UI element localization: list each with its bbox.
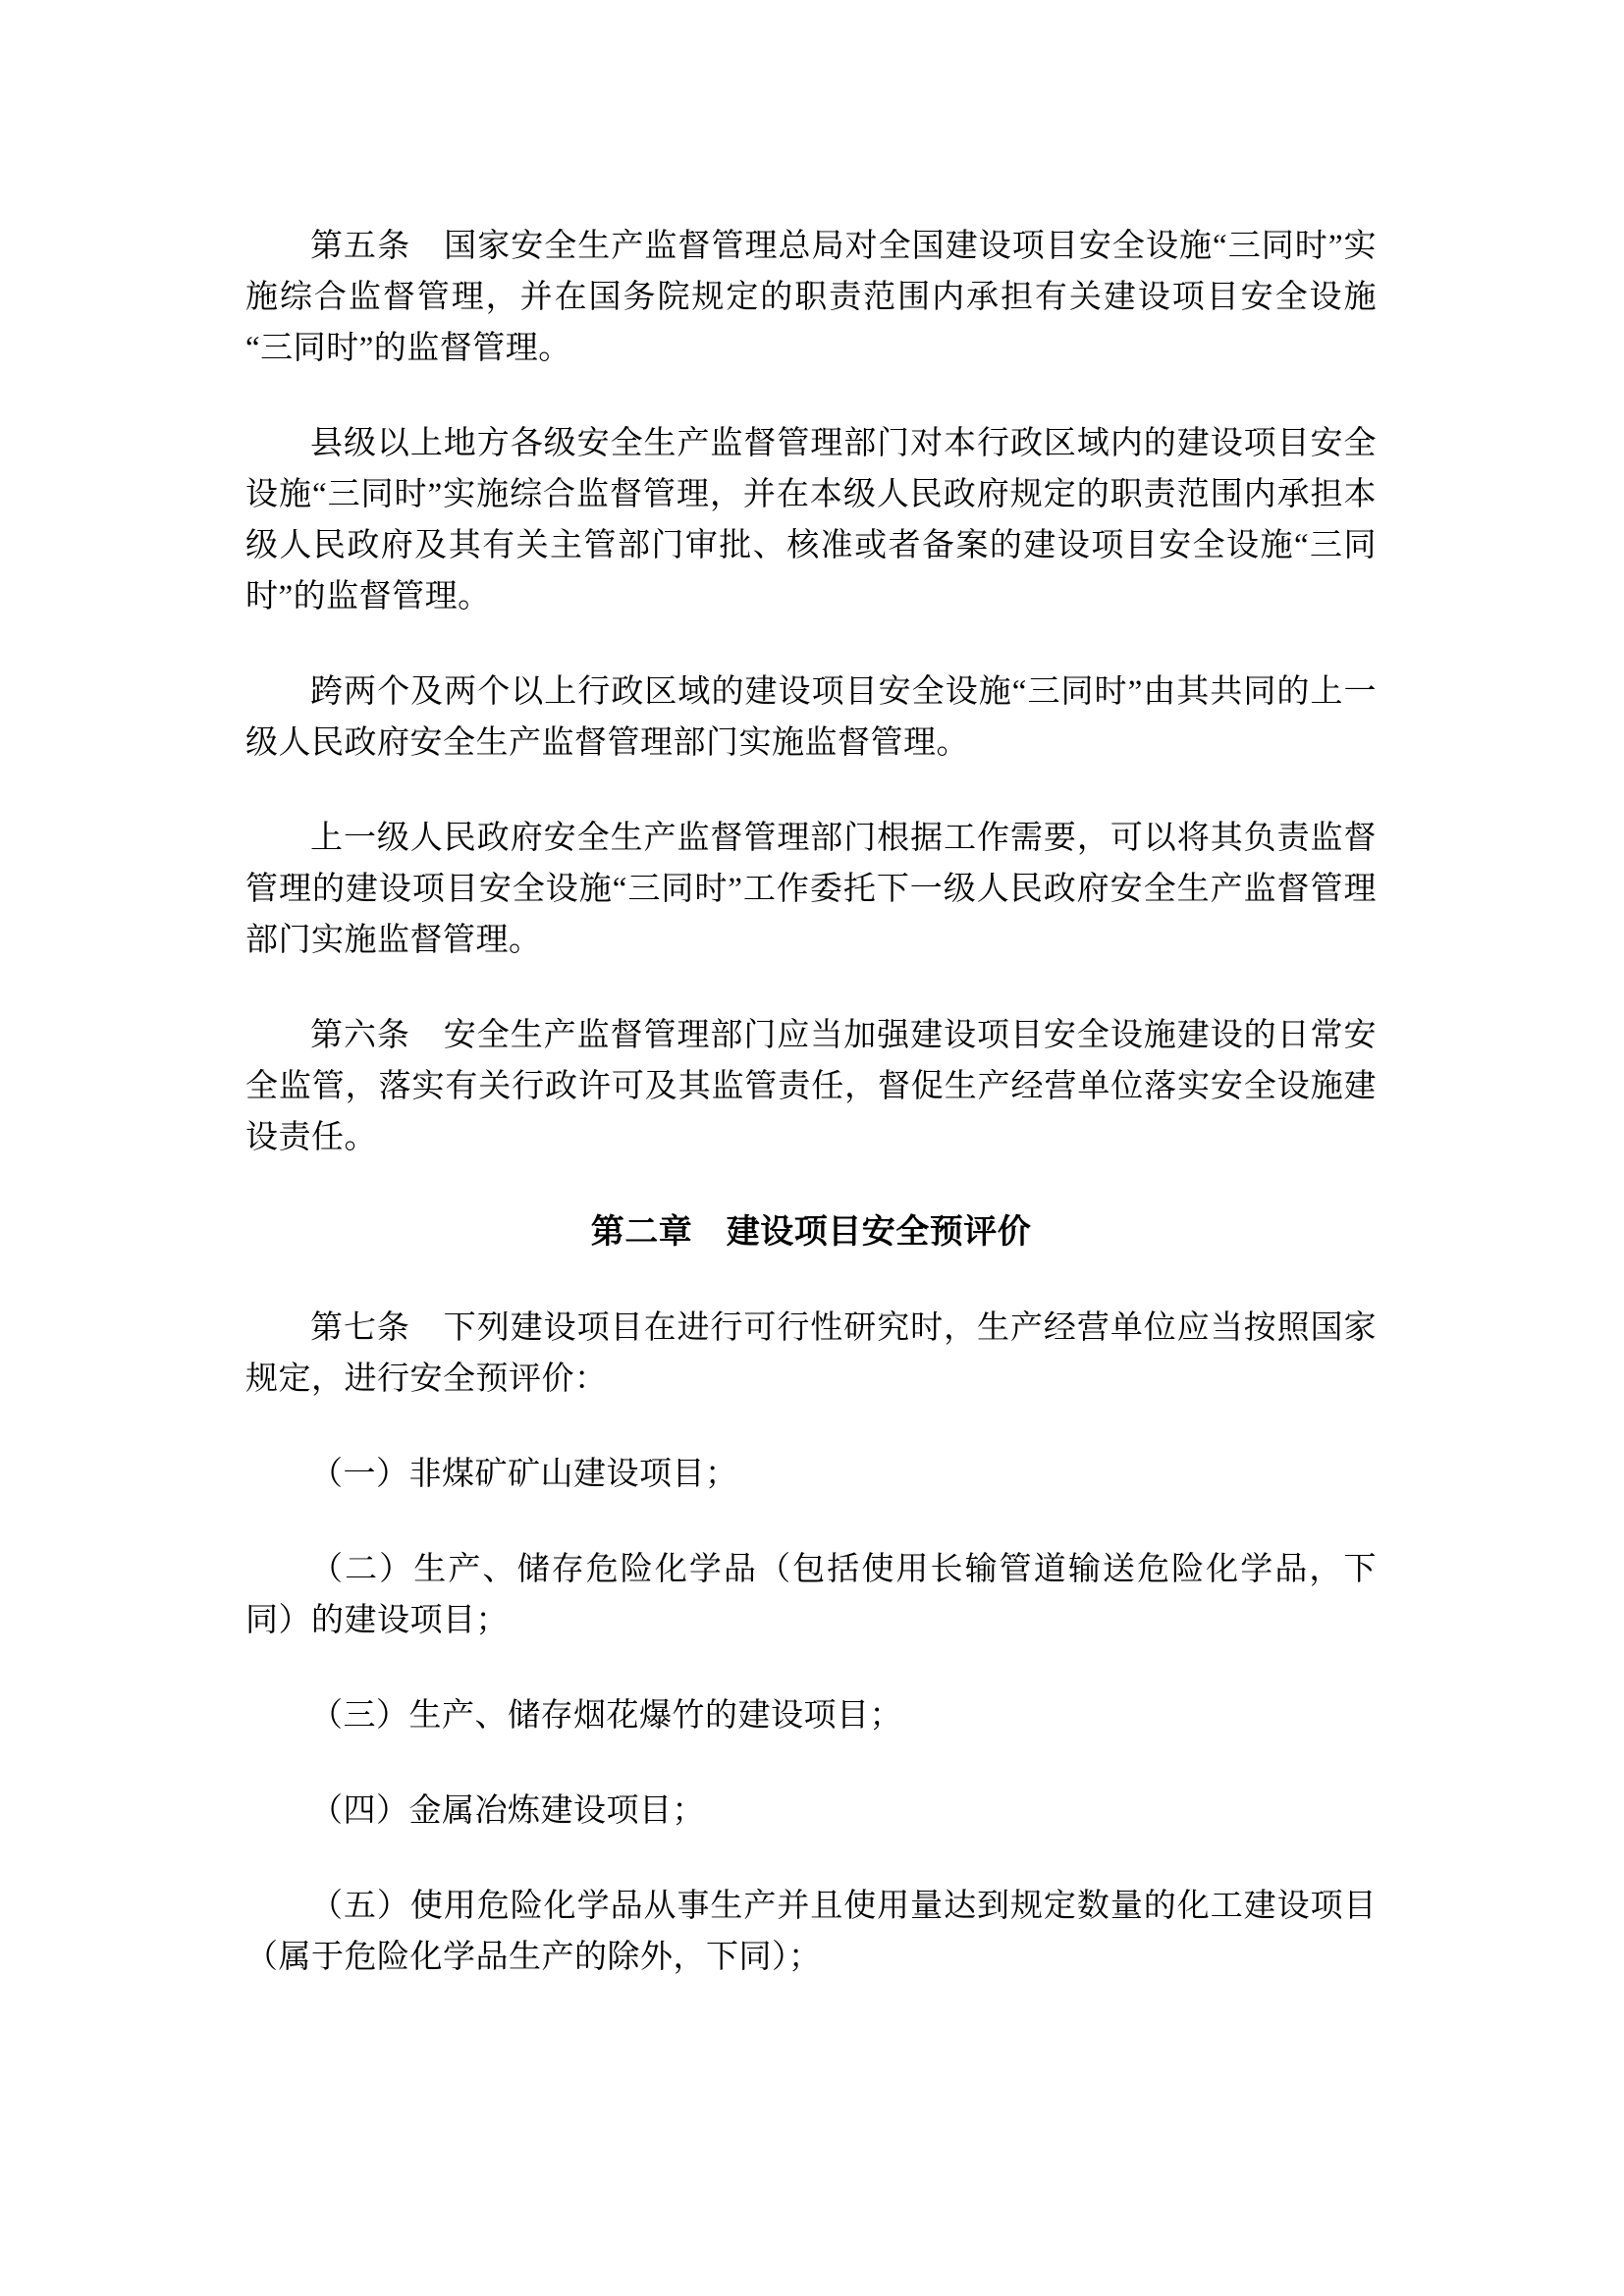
chapter-2-heading: 第二章 建设项目安全预评价	[245, 1207, 1377, 1258]
article-7-item-1: （一）非煤矿矿山建设项目；	[245, 1449, 1377, 1500]
article-5-paragraph-2: 县级以上地方各级安全生产监督管理部门对本行政区域内的建设项目安全设施“三同时”实…	[245, 418, 1377, 622]
article-6-paragraph: 第六条 安全生产监督管理部门应当加强建设项目安全设施建设的日常安全监管，落实有关…	[245, 1010, 1377, 1163]
article-7-item-4: （四）金属冶炼建设项目；	[245, 1786, 1377, 1837]
document-body: 第五条 国家安全生产监督管理总局对全国建设项目安全设施“三同时”实施综合监督管理…	[245, 221, 1377, 2027]
article-5-paragraph-3: 跨两个及两个以上行政区域的建设项目安全设施“三同时”由其共同的上一级人民政府安全…	[245, 667, 1377, 769]
document-page: 第五条 国家安全生产监督管理总局对全国建设项目安全设施“三同时”实施综合监督管理…	[0, 0, 1624, 2296]
article-7-item-5: （五）使用危险化学品从事生产并且使用量达到规定数量的化工建设项目（属于危险化学品…	[245, 1881, 1377, 1983]
article-5-paragraph-4: 上一级人民政府安全生产监督管理部门根据工作需要，可以将其负责监督管理的建设项目安…	[245, 813, 1377, 966]
article-7-item-3: （三）生产、储存烟花爆竹的建设项目；	[245, 1690, 1377, 1741]
article-7-item-2: （二）生产、储存危险化学品（包括使用长输管道输送危险化学品，下同）的建设项目；	[245, 1544, 1377, 1646]
article-5-paragraph-1: 第五条 国家安全生产监督管理总局对全国建设项目安全设施“三同时”实施综合监督管理…	[245, 221, 1377, 374]
article-7-paragraph: 第七条 下列建设项目在进行可行性研究时，生产经营单位应当按照国家规定，进行安全预…	[245, 1303, 1377, 1405]
